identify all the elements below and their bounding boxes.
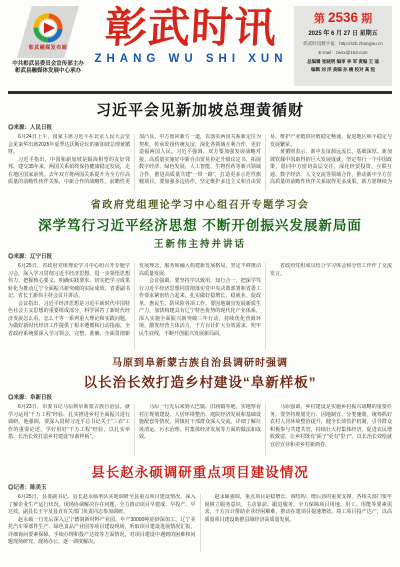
story-county-head-projects: 县长赵永硕调研重点项目建设情况 ◎记者：陈美玉 6月25日，县委副书记、县长赵永… (8, 461, 392, 552)
body-paragraph: 马原强调，乡村建设是实施乡村振兴战略的重要任务。要坚持规划先行、因地制宜、分类施… (270, 404, 392, 449)
staff-line-1: 总编辑 张晓明 编审 李 军 责编 王 迪 (299, 59, 387, 65)
masthead-divider (8, 91, 392, 94)
newspaper-page: 彰武融媒发布端 中共彰武县委员会宣传部主办 彰武县融媒体发展中心承办 彰武时讯 … (0, 0, 400, 567)
story-4-byline: ◎记者：陈美玉 (8, 483, 392, 491)
organizer-line-2: 彰武县融媒体发展中心承办 (12, 68, 84, 75)
paper-title-pinyin: ZHANG WU SHI XUN (94, 53, 288, 65)
publication-date: 2025 年 6 月 27 日 星期五 (299, 28, 387, 37)
brand-badge: 彰武融媒发布端 (17, 6, 79, 58)
story-3-headline: 以长治长效打造乡村建设“阜新样板” (8, 371, 392, 391)
body-paragraph: 省政府党组成员结合学习体会和分管工作作了交流发言。 (270, 263, 392, 278)
body-paragraph: 赵永硕强调，重点项目是稳增长、调结构、增后劲的重要支撑。各相关部门要牢固树立服务… (205, 494, 393, 524)
story-3-byline: ◎来源：阜新日报 (8, 393, 392, 401)
story-2-body: 6月25日，省政府党组理论学习中心组召开专题学习会，深入学习贯彻习近平经济思想，… (8, 263, 392, 349)
paper-title-chinese: 彰武时讯 (93, 7, 289, 50)
masthead-title: 彰武时讯 ZHANG WU SHI XUN (94, 6, 288, 86)
story-provincial-study-session: 省政府党组理论学习中心组召开专题学习会 深学笃行习近平经济思想 不断开创振兴发展… (8, 196, 392, 349)
issue-number-line: 第 2536 期 (299, 10, 387, 26)
story-xi-meets-singapore-pm: 习近平会见新加坡总理黄循财 ◎来源：人民日报 6月24日上午，国家主席习近平在北… (8, 99, 392, 191)
issue-info-box: 第 2536 期 2025 年 6 月 27 日 星期五 彰武时讯数字报：htt… (294, 6, 392, 86)
email-line: E-mail：zwsx@163.com (299, 50, 387, 56)
body-paragraph: 6月25日，省政府党组理论学习中心组召开专题学习会，深入学习贯彻习近平经济思想，… (8, 263, 130, 301)
body-paragraph: 赵永硕一行先后深入辽宁德润新材料产业园、年产30000吨硅砂深加工、辽宁美托汽车… (8, 517, 196, 547)
body-paragraph: 6月24日上午，国家主席习近平在北京人民大会堂会见来华出席2025年夏季达沃斯论… (8, 134, 130, 157)
body-paragraph: 6月25日，县委副书记、县长赵永硕率队实地调研全县重点项目建设情况，深入了解企业… (8, 494, 196, 517)
organizer-lines: 中共彰武县委员会宣传部主办 彰武县融媒体发展中心承办 (12, 61, 84, 76)
story-3-body: 6月23日，市委书记马原到阜新蒙古族自治县，就学习运用“千万工程”经验、扎实推进… (8, 404, 392, 456)
digital-edition-line: 彰武时讯数字报：http://szb.zhangwu.cn (299, 41, 387, 47)
story-1-headline: 习近平会见新加坡总理黄循财 (8, 99, 392, 120)
media-emblem-icon (33, 13, 63, 43)
issue-number: 2536 (328, 10, 358, 25)
story-2-headline: 深学笃行习近平经济思想 不断开创振兴发展新局面 (8, 214, 392, 234)
brand-column: 彰武融媒发布端 中共彰武县委员会宣传部主办 彰武县融媒体发展中心承办 (8, 6, 88, 86)
masthead: 彰武融媒发布端 中共彰武县委员会宣传部主办 彰武县融媒体发展中心承办 彰武时讯 … (8, 6, 392, 86)
story-4-body: 6月25日，县委副书记、县长赵永硕率队实地调研全县重点项目建设情况，深入了解企业… (8, 494, 392, 552)
body-paragraph: 6月23日，市委书记马原到阜新蒙古族自治县，就学习运用“千万工程”经验、扎实推进… (8, 404, 130, 442)
story-1-byline: ◎来源：人民日报 (8, 123, 392, 131)
story-1-body: 6月24日上午，国家主席习近平在北京人民大会堂会见来华出席2025年夏季达沃斯论… (8, 134, 392, 191)
story-2-kicker: 省政府党组理论学习中心组召开专题学习会 (8, 196, 392, 211)
story-mayuan-research: 马原到阜新蒙古族自治县调研时强调 以长治长效打造乡村建设“阜新样板” ◎来源：阜… (8, 354, 392, 456)
body-paragraph: 马原一行先后来到大巴镇、旧庙镇等地，实地察看村庄规划建设、人居环境整治、庭院经济… (139, 404, 261, 442)
body-paragraph: 会议强调，要坚持学以致用、知行合一，把深学笃行习近平经济思想同贯彻落实党中央决策… (139, 278, 261, 338)
story-2-byline: ◎来源：辽宁日报 (8, 252, 392, 260)
issue-prefix: 第 (314, 13, 325, 25)
story-2-subhead: 王新伟主持并讲话 (8, 236, 392, 250)
issue-suffix: 期 (361, 13, 372, 25)
story-4-headline: 县长赵永硕调研重点项目建设情况 (8, 461, 392, 481)
story-3-kicker: 马原到阜新蒙古族自治县调研时强调 (8, 354, 392, 369)
badge-label: 彰武融媒发布端 (29, 44, 68, 51)
staff-line-2: 编辑 刘 洋 美编 孙 楠 校对 高 悦 (299, 67, 387, 73)
